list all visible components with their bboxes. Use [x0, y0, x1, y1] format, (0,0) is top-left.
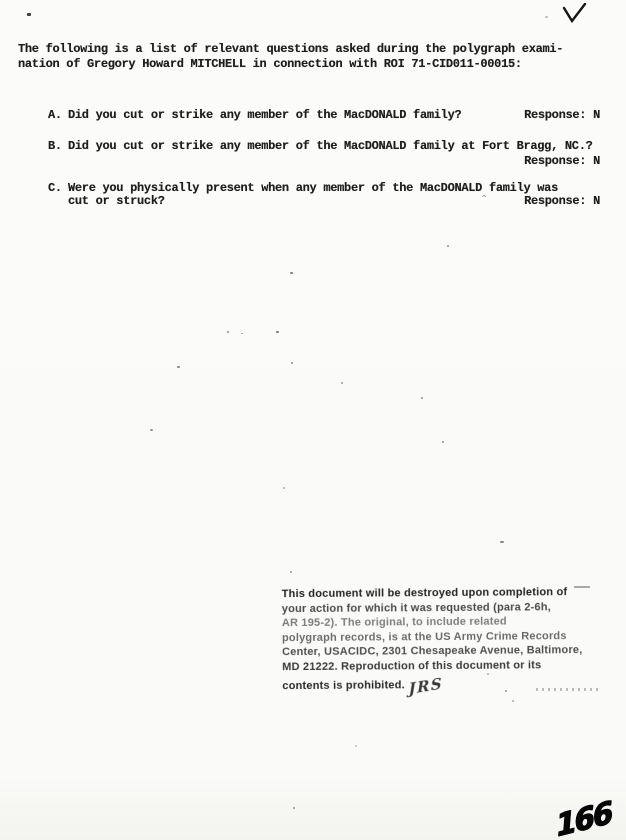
scanned-document-page: The following is a list of relevant ques… — [0, 0, 626, 840]
handwritten-checkmark — [562, 3, 588, 23]
noise-speck — [291, 362, 293, 364]
noise-speck — [283, 487, 285, 489]
noise-speck — [500, 541, 504, 543]
question-c-text-continued: cut or struck? — [68, 194, 165, 209]
noise-speck — [487, 673, 489, 675]
handwritten-page-number: 166 — [554, 795, 613, 840]
noise-speck — [27, 13, 31, 16]
stamp-line-text: contents is prohibited. — [282, 679, 405, 692]
question-b-text: Did you cut or strike any member of the … — [68, 139, 593, 154]
question-row-b-response: Response: N — [0, 154, 626, 170]
noise-speck — [442, 441, 444, 443]
noise-speck — [290, 571, 292, 573]
noise-speck — [505, 690, 507, 692]
intro-line-2: nation of Gregory Howard MITCHELL in con… — [18, 57, 563, 72]
faint-dash-mark — [574, 586, 590, 588]
faint-smudge — [536, 688, 600, 691]
destruction-notice-stamp: This document will be destroyed upon com… — [282, 585, 613, 693]
faint-pen-mark: ⌃ — [480, 194, 488, 205]
noise-speck — [293, 807, 295, 809]
noise-speck — [512, 700, 514, 702]
question-row-c-line2: cut or struck? Response: N — [0, 194, 626, 210]
noise-speck — [177, 366, 180, 368]
noise-speck — [290, 272, 293, 274]
intro-paragraph: The following is a list of relevant ques… — [18, 42, 563, 72]
noise-speck — [545, 16, 548, 18]
question-row-a: A. Did you cut or strike any member of t… — [0, 108, 626, 124]
noise-speck — [341, 382, 343, 384]
question-b-label: B. — [48, 139, 62, 154]
handwritten-initials: JRS — [408, 674, 443, 698]
question-a-text: Did you cut or strike any member of the … — [68, 108, 461, 123]
question-b-response: Response: N — [524, 154, 600, 169]
question-c-response: Response: N — [524, 194, 600, 209]
noise-speck — [421, 397, 423, 399]
noise-speck — [227, 331, 229, 333]
noise-speck — [150, 429, 153, 431]
question-a-label: A. — [48, 108, 62, 123]
noise-speck — [447, 245, 449, 247]
intro-line-1: The following is a list of relevant ques… — [18, 42, 563, 57]
noise-speck — [241, 333, 243, 334]
noise-speck — [355, 745, 357, 747]
noise-speck — [276, 331, 279, 333]
question-row-b: B. Did you cut or strike any member of t… — [0, 139, 626, 155]
question-a-response: Response: N — [524, 108, 600, 123]
